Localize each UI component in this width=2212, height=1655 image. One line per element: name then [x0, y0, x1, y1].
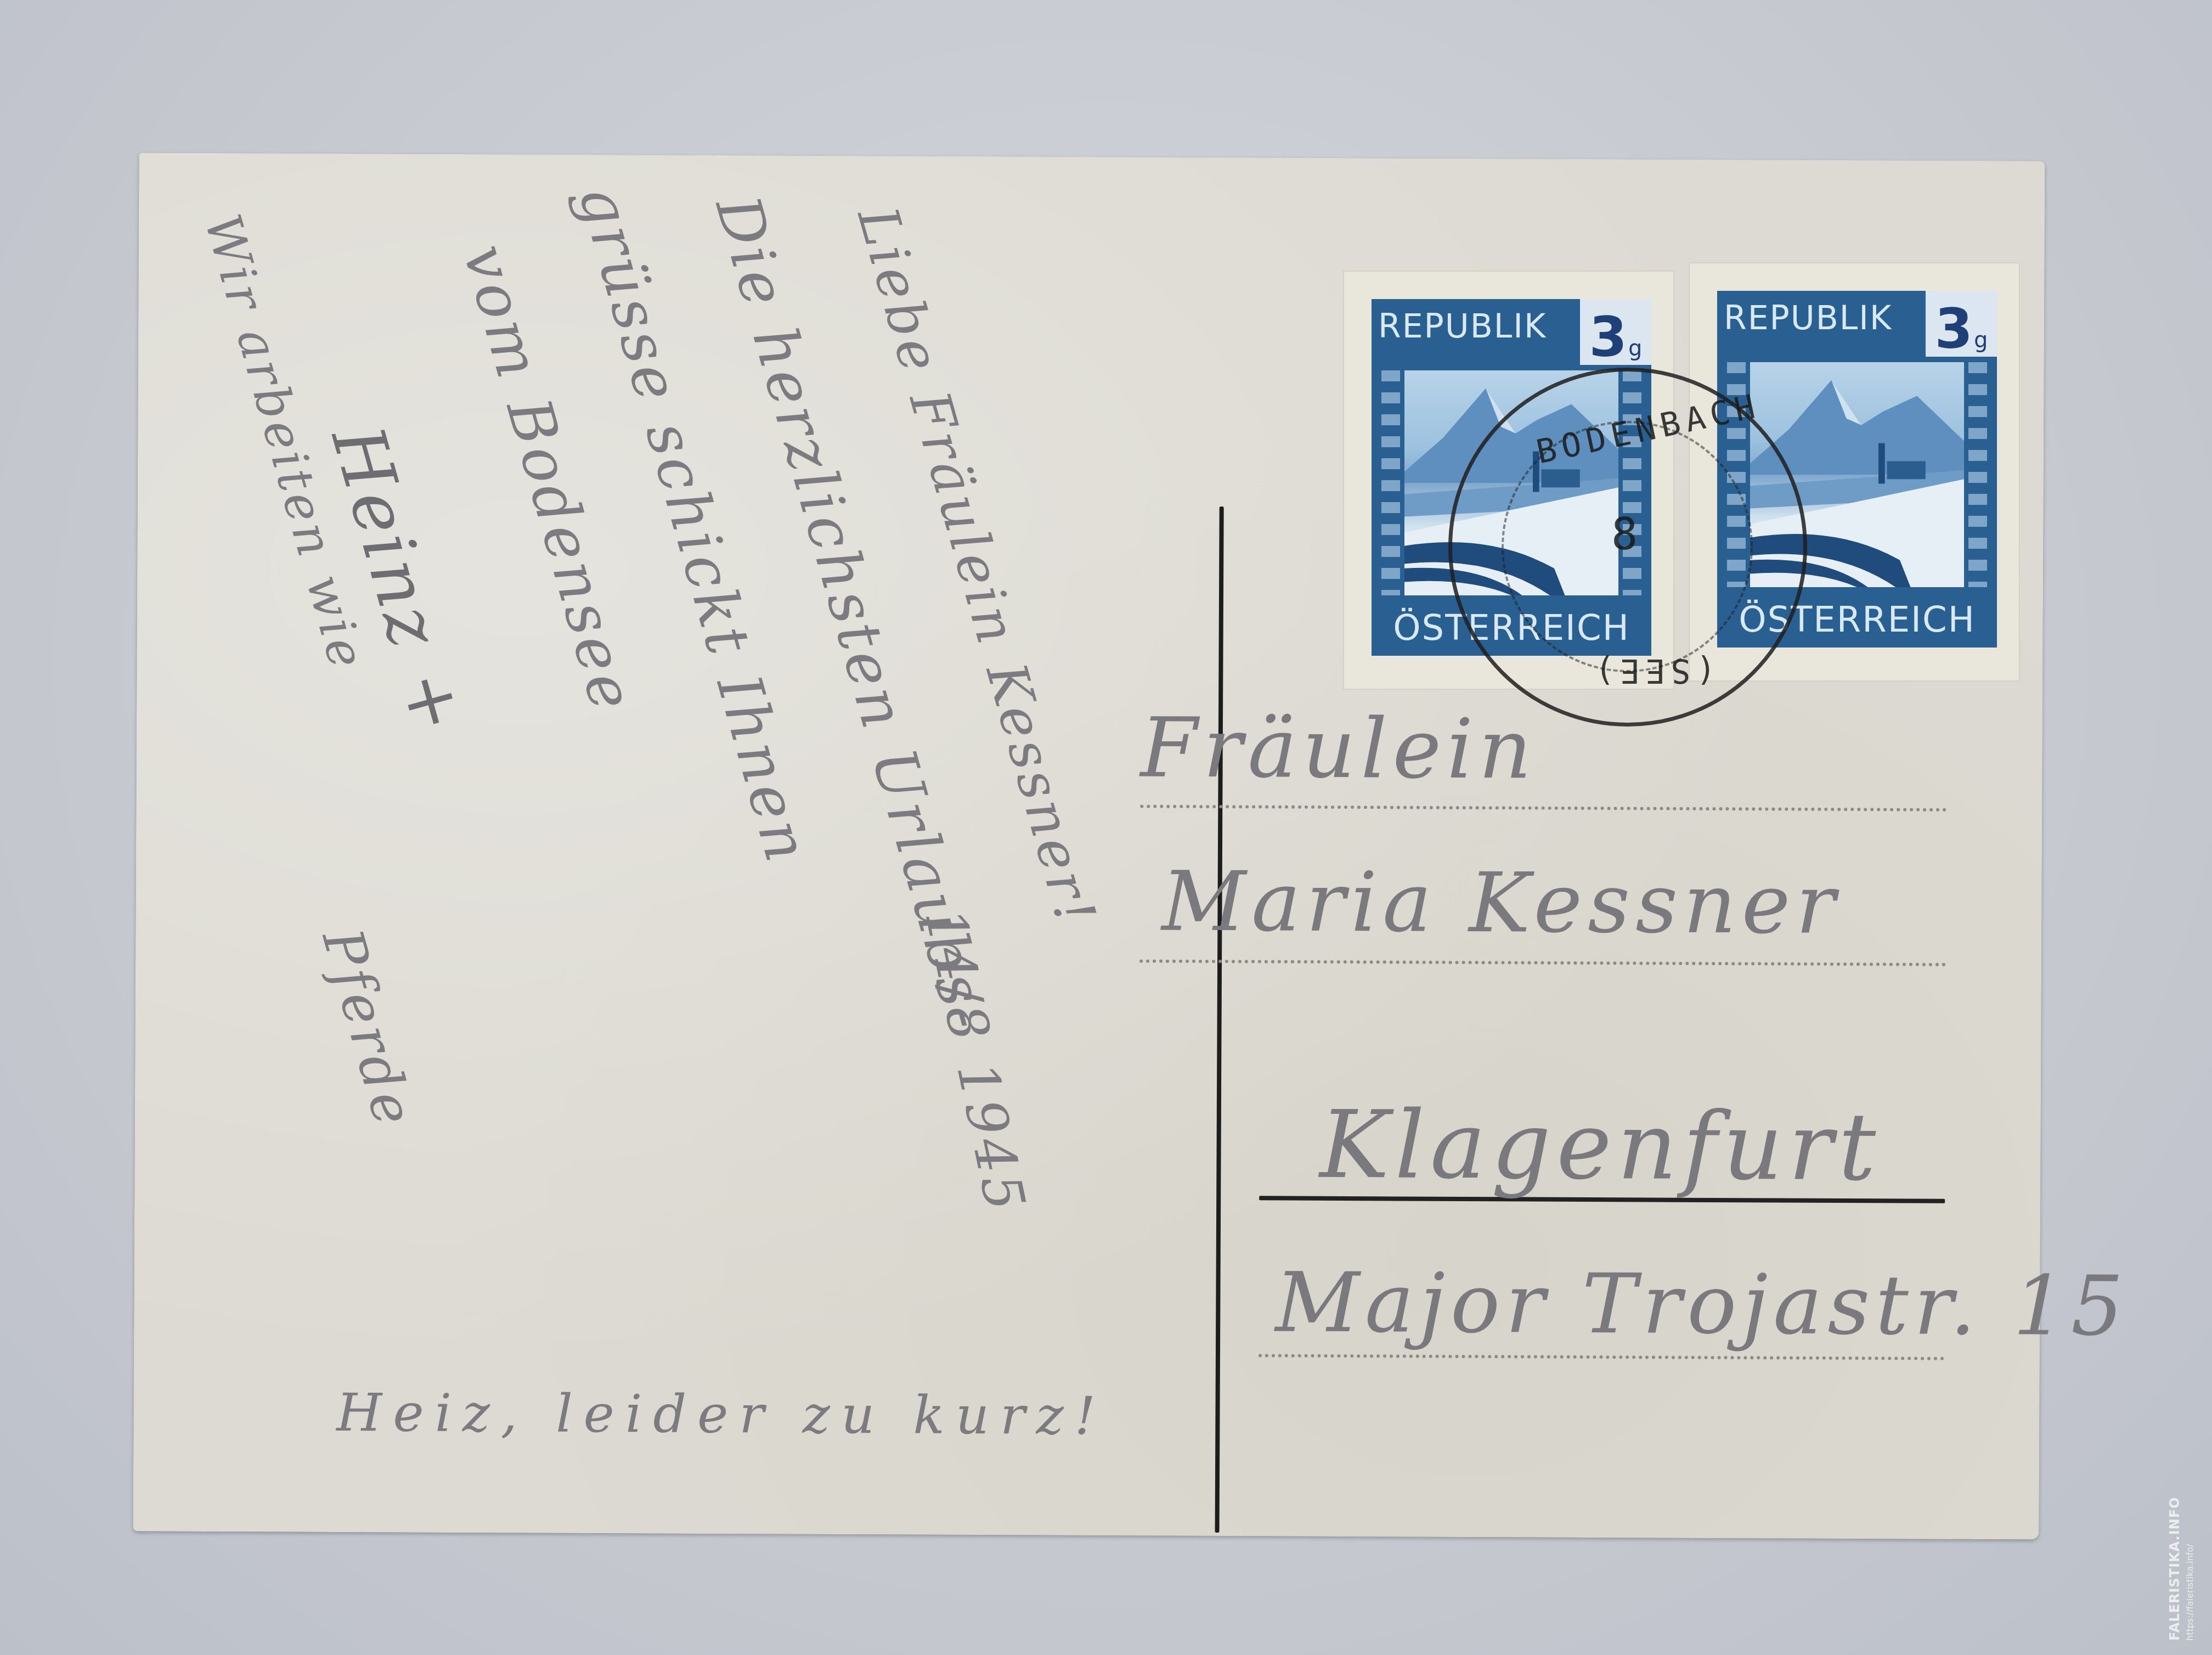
address-salutation: Fräulein — [1140, 700, 1537, 797]
address-city: Klagenfurt — [1319, 1091, 1881, 1202]
date-note: 14/8 1945 — [912, 903, 1039, 1219]
watermark-url: https://faleristika.info/ — [2185, 1497, 2195, 1641]
site-watermark: FALERISTIKA.INFO https://faleristika.inf… — [2167, 1497, 2195, 1641]
address-name: Maria Kessner — [1161, 854, 1841, 953]
message-footer-line: Heiz, leider zu kurz! — [336, 1383, 1107, 1446]
mountain-village-illustration — [1404, 370, 1618, 595]
divider-line — [1215, 506, 1224, 1533]
address-street: Major Trojastr. 15 — [1275, 1255, 2129, 1354]
postage-stamp: REPUBLIK 3g ÖSTERREICH — [1690, 263, 2019, 680]
message-line: Pferde — [310, 922, 427, 1135]
address-line — [1140, 804, 1946, 811]
stamp-value: 3g — [1926, 291, 1997, 357]
stamp-country-bottom: ÖSTERREICH — [1717, 593, 1997, 648]
watermark-title: FALERISTIKA.INFO — [2167, 1497, 2182, 1641]
stamp-country-top: REPUBLIK — [1372, 307, 1580, 346]
postage-stamp: REPUBLIK 3g ÖSTERREICH — [1344, 272, 1673, 689]
mountain-village-illustration — [1750, 362, 1964, 587]
address-line — [1139, 959, 1946, 966]
stamp-country-top: REPUBLIK — [1717, 299, 1926, 337]
address-line — [1259, 1354, 1944, 1360]
stamp-country-bottom: ÖSTERREICH — [1372, 601, 1651, 656]
stamp-value: 3g — [1580, 299, 1651, 365]
